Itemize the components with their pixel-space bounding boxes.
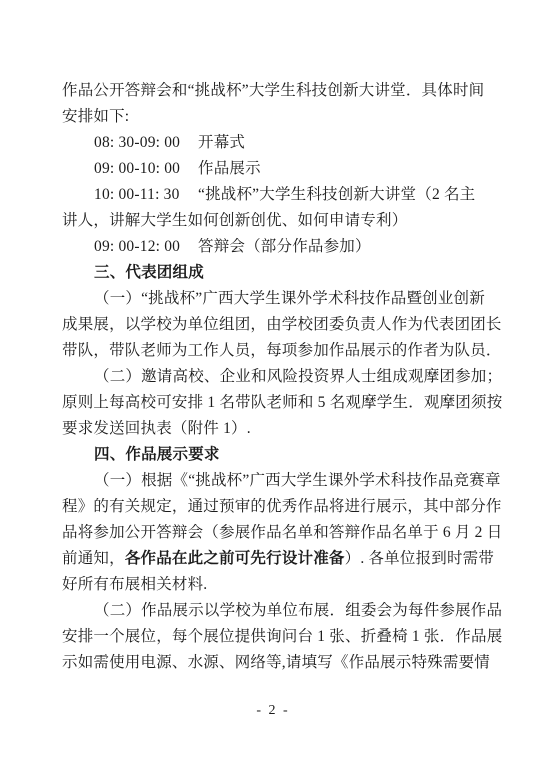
paragraph-line: 讲人，讲解大学生如何创新创优、如何申请专利） xyxy=(62,208,488,234)
document-page: 作品公开答辩会和“挑战杯”大学生科技创新大讲堂．具体时间 安排如下: 08: 3… xyxy=(0,0,546,772)
schedule-activity: 作品展示 xyxy=(198,156,261,182)
text-segment: 前通知， xyxy=(62,550,125,567)
section-heading-4: 四、作品展示要求 xyxy=(62,442,488,468)
paragraph-line: 作品公开答辩会和“挑战杯”大学生科技创新大讲堂．具体时间 xyxy=(62,78,488,104)
paragraph-line: 示如需使用电源、水源、网络等,请填写《作品展示特殊需要情 xyxy=(62,650,488,676)
paragraph-line: 安排一个展位，每个展位提供询问台 1 张、折叠椅 1 张．作品展 xyxy=(62,624,488,650)
paragraph-line: （一）“挑战杯”广西大学生课外学术科技作品暨创业创新 xyxy=(62,286,488,312)
bold-text-segment: 各作品在此之前可先行设计准备 xyxy=(125,550,345,567)
text-segment: ）. 各单位报到时需带 xyxy=(345,550,494,567)
paragraph-line: （一）根据《“挑战杯”广西大学生课外学术科技作品竞赛章 xyxy=(62,468,488,494)
schedule-activity: 开幕式 xyxy=(198,130,245,156)
schedule-time: 08: 30-09: 00 xyxy=(94,130,198,156)
paragraph-line: 好所有布展相关材料. xyxy=(62,572,488,598)
paragraph-line-with-bold: 前通知，各作品在此之前可先行设计准备）. 各单位报到时需带 xyxy=(62,546,488,572)
schedule-time: 09: 00-12: 00 xyxy=(94,234,198,260)
paragraph-line: 原则上每高校可安排 1 名带队老师和 5 名观摩学生．观摩团须按 xyxy=(62,390,488,416)
paragraph-line: （二）作品展示以学校为单位布展．组委会为每件参展作品 xyxy=(62,598,488,624)
section-heading-3: 三、代表团组成 xyxy=(62,260,488,286)
schedule-activity: “挑战杯”大学生科技创新大讲堂（2 名主 xyxy=(198,182,475,208)
paragraph-line: （二）邀请高校、企业和风险投资界人士组成观摩团参加； xyxy=(62,364,488,390)
schedule-line: 09: 00-12: 00 答辩会（部分作品参加） xyxy=(62,234,488,260)
paragraph-line: 程》的有关规定，通过预审的优秀作品将进行展示，其中部分作 xyxy=(62,494,488,520)
document-body: 作品公开答辩会和“挑战杯”大学生科技创新大讲堂．具体时间 安排如下: 08: 3… xyxy=(62,78,488,676)
schedule-line: 09: 00-10: 00 作品展示 xyxy=(62,156,488,182)
schedule-time: 10: 00-11: 30 xyxy=(94,182,198,208)
paragraph-line: 成果展，以学校为单位组团，由学校团委负责人作为代表团团长 xyxy=(62,312,488,338)
paragraph-line: 安排如下: xyxy=(62,104,488,130)
paragraph-line: 要求发送回执表（附件 1）. xyxy=(62,416,488,442)
paragraph-line: 品将参加公开答辩会（参展作品名单和答辩作品名单于 6 月 2 日 xyxy=(62,520,488,546)
schedule-activity: 答辩会（部分作品参加） xyxy=(198,234,371,260)
schedule-line: 08: 30-09: 00 开幕式 xyxy=(62,130,488,156)
schedule-time: 09: 00-10: 00 xyxy=(94,156,198,182)
paragraph-line: 带队，带队老师为工作人员，每项参加作品展示的作者为队员． xyxy=(62,338,488,364)
page-number: - 2 - xyxy=(0,703,546,719)
schedule-line: 10: 00-11: 30 “挑战杯”大学生科技创新大讲堂（2 名主 xyxy=(62,182,488,208)
